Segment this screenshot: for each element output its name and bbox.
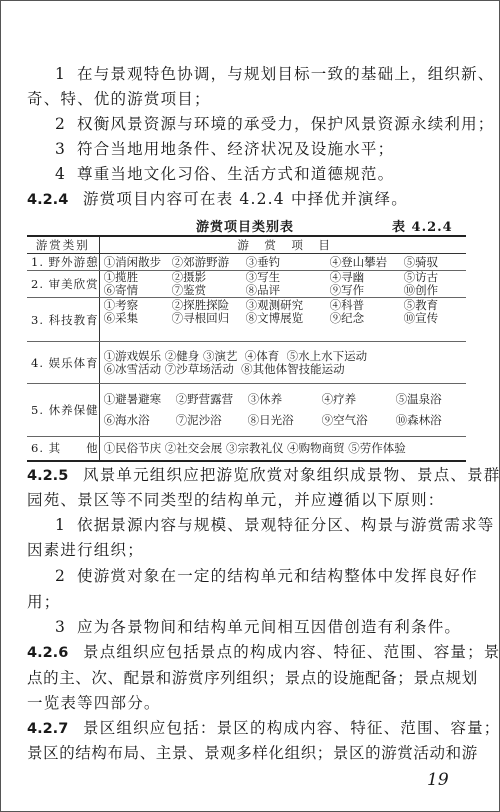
section-4-2-7-line-2: 景区的结构布局、主景、景观多样化组织；景区的游赏活动和游 bbox=[27, 743, 478, 763]
item-4-line-1: 4尊重当地文化习俗、生活方式和道德规范。 bbox=[55, 164, 394, 184]
table-row: 4. 娱乐体育 ①游戏娱乐 ②健身 ③演艺 ④体育 ⑤水上水下运动 ⑥冰雪活动 … bbox=[27, 342, 466, 384]
table-row: 1. 野外游憩 ①消闲散步②郊游野游③垂钓④登山攀岩⑤骑驭 bbox=[27, 254, 466, 271]
principle-3-line-1: 3应为各景物间和结构单元间相互因借创造有利条件。 bbox=[55, 617, 461, 637]
section-4-2-7-line-1: 4.2.7景区组织应包括：景区的构成内容、特征、范围、容量； bbox=[27, 718, 500, 739]
table-row: 6. 其 他 ①民俗节庆 ②社交会展 ③宗教礼仪 ④购物商贸 ⑤劳作体验 bbox=[27, 437, 466, 461]
row-category: 3. 科技教育 bbox=[27, 298, 99, 342]
principle-2-line-2: 用； bbox=[27, 592, 60, 612]
attraction-category-table: 游赏类别 游 赏 项 目 1. 野外游憩 ①消闲散步②郊游野游③垂钓④登山攀岩⑤… bbox=[27, 235, 466, 462]
row-category: 4. 娱乐体育 bbox=[27, 342, 99, 384]
item-3-line-1: 3符合当地用地条件、经济状况及设施水平； bbox=[55, 139, 394, 159]
principle-2-line-1: 2使游赏对象在一定的结构单元和结构整体中发挥良好作 bbox=[55, 566, 478, 586]
table-label: 表 4.2.4 bbox=[392, 216, 453, 235]
header-category: 游赏类别 bbox=[27, 236, 99, 254]
row-items: ①避暑避寒②野营露营③休养④疗养⑤温泉浴 ⑥海水浴⑦泥沙浴⑧日光浴⑨空气浴⑩森林… bbox=[99, 384, 466, 437]
principle-1-line-1: 1依据景源内容与规模、景观特征分区、构景与游赏需求等 bbox=[55, 515, 495, 535]
page-number: 19 bbox=[427, 770, 449, 790]
header-items: 游 赏 项 目 bbox=[99, 236, 466, 254]
row-category: 2. 审美欣赏 bbox=[27, 271, 99, 298]
table-row: 2. 审美欣赏 ①揽胜②摄影③写生④寻幽⑤访古 ⑥寄情⑦鉴赏⑧品评⑨写作⑩创作 bbox=[27, 271, 466, 298]
section-4-2-4: 4.2.4游赏项目内容可在表 4.2.4 中择优并演绎。 bbox=[27, 189, 408, 210]
row-items: ①消闲散步②郊游野游③垂钓④登山攀岩⑤骑驭 bbox=[99, 254, 466, 271]
row-category: 6. 其 他 bbox=[27, 437, 99, 461]
table-header-row: 游赏类别 游 赏 项 目 bbox=[27, 236, 466, 254]
item-1-line-1: 1在与景观特色协调，与规划目标一致的基础上，组织新、 bbox=[55, 64, 495, 84]
row-category: 1. 野外游憩 bbox=[27, 254, 99, 271]
table-row: 3. 科技教育 ①考察②探胜探险③观测研究④科普⑤教育 ⑥采集⑦寻根回归⑧文博展… bbox=[27, 298, 466, 342]
row-items: ①游戏娱乐 ②健身 ③演艺 ④体育 ⑤水上水下运动 ⑥冰雪活动 ⑦沙草场活动 ⑧… bbox=[99, 342, 466, 384]
table-title: 游赏项目类别表 bbox=[196, 216, 294, 235]
section-4-2-6-line-3: 一览表等四部分。 bbox=[27, 693, 161, 713]
section-4-2-5-line-2: 园苑、景区等不同类型的结构单元，并应遵循以下原则： bbox=[27, 490, 445, 510]
table-row: 5. 休养保健 ①避暑避寒②野营露营③休养④疗养⑤温泉浴 ⑥海水浴⑦泥沙浴⑧日光… bbox=[27, 384, 466, 437]
row-items: ①民俗节庆 ②社交会展 ③宗教礼仪 ④购物商贸 ⑤劳作体验 bbox=[99, 437, 466, 461]
row-category: 5. 休养保健 bbox=[27, 384, 99, 437]
section-4-2-5-line-1: 4.2.5风景单元组织应把游览欣赏对象组织成景物、景点、景群、 bbox=[27, 465, 500, 486]
section-4-2-6-line-2: 点的主、次、配景和游赏序列组织；景点的设施配备；景点规划 bbox=[27, 668, 478, 688]
item-1-line-2: 奇、特、优的游赏项目； bbox=[27, 89, 211, 109]
item-2-line-1: 2权衡风景资源与环境的承受力，保护风景资源永续利用； bbox=[55, 114, 495, 134]
section-4-2-6-line-1: 4.2.6景点组织应包括景点的构成内容、特征、范围、容量；景 bbox=[27, 642, 500, 663]
principle-1-line-2: 因素进行组织； bbox=[27, 540, 144, 560]
row-items: ①揽胜②摄影③写生④寻幽⑤访古 ⑥寄情⑦鉴赏⑧品评⑨写作⑩创作 bbox=[99, 271, 466, 298]
row-items: ①考察②探胜探险③观测研究④科普⑤教育 ⑥采集⑦寻根回归⑧文博展览⑨纪念⑩宣传 bbox=[99, 298, 466, 342]
